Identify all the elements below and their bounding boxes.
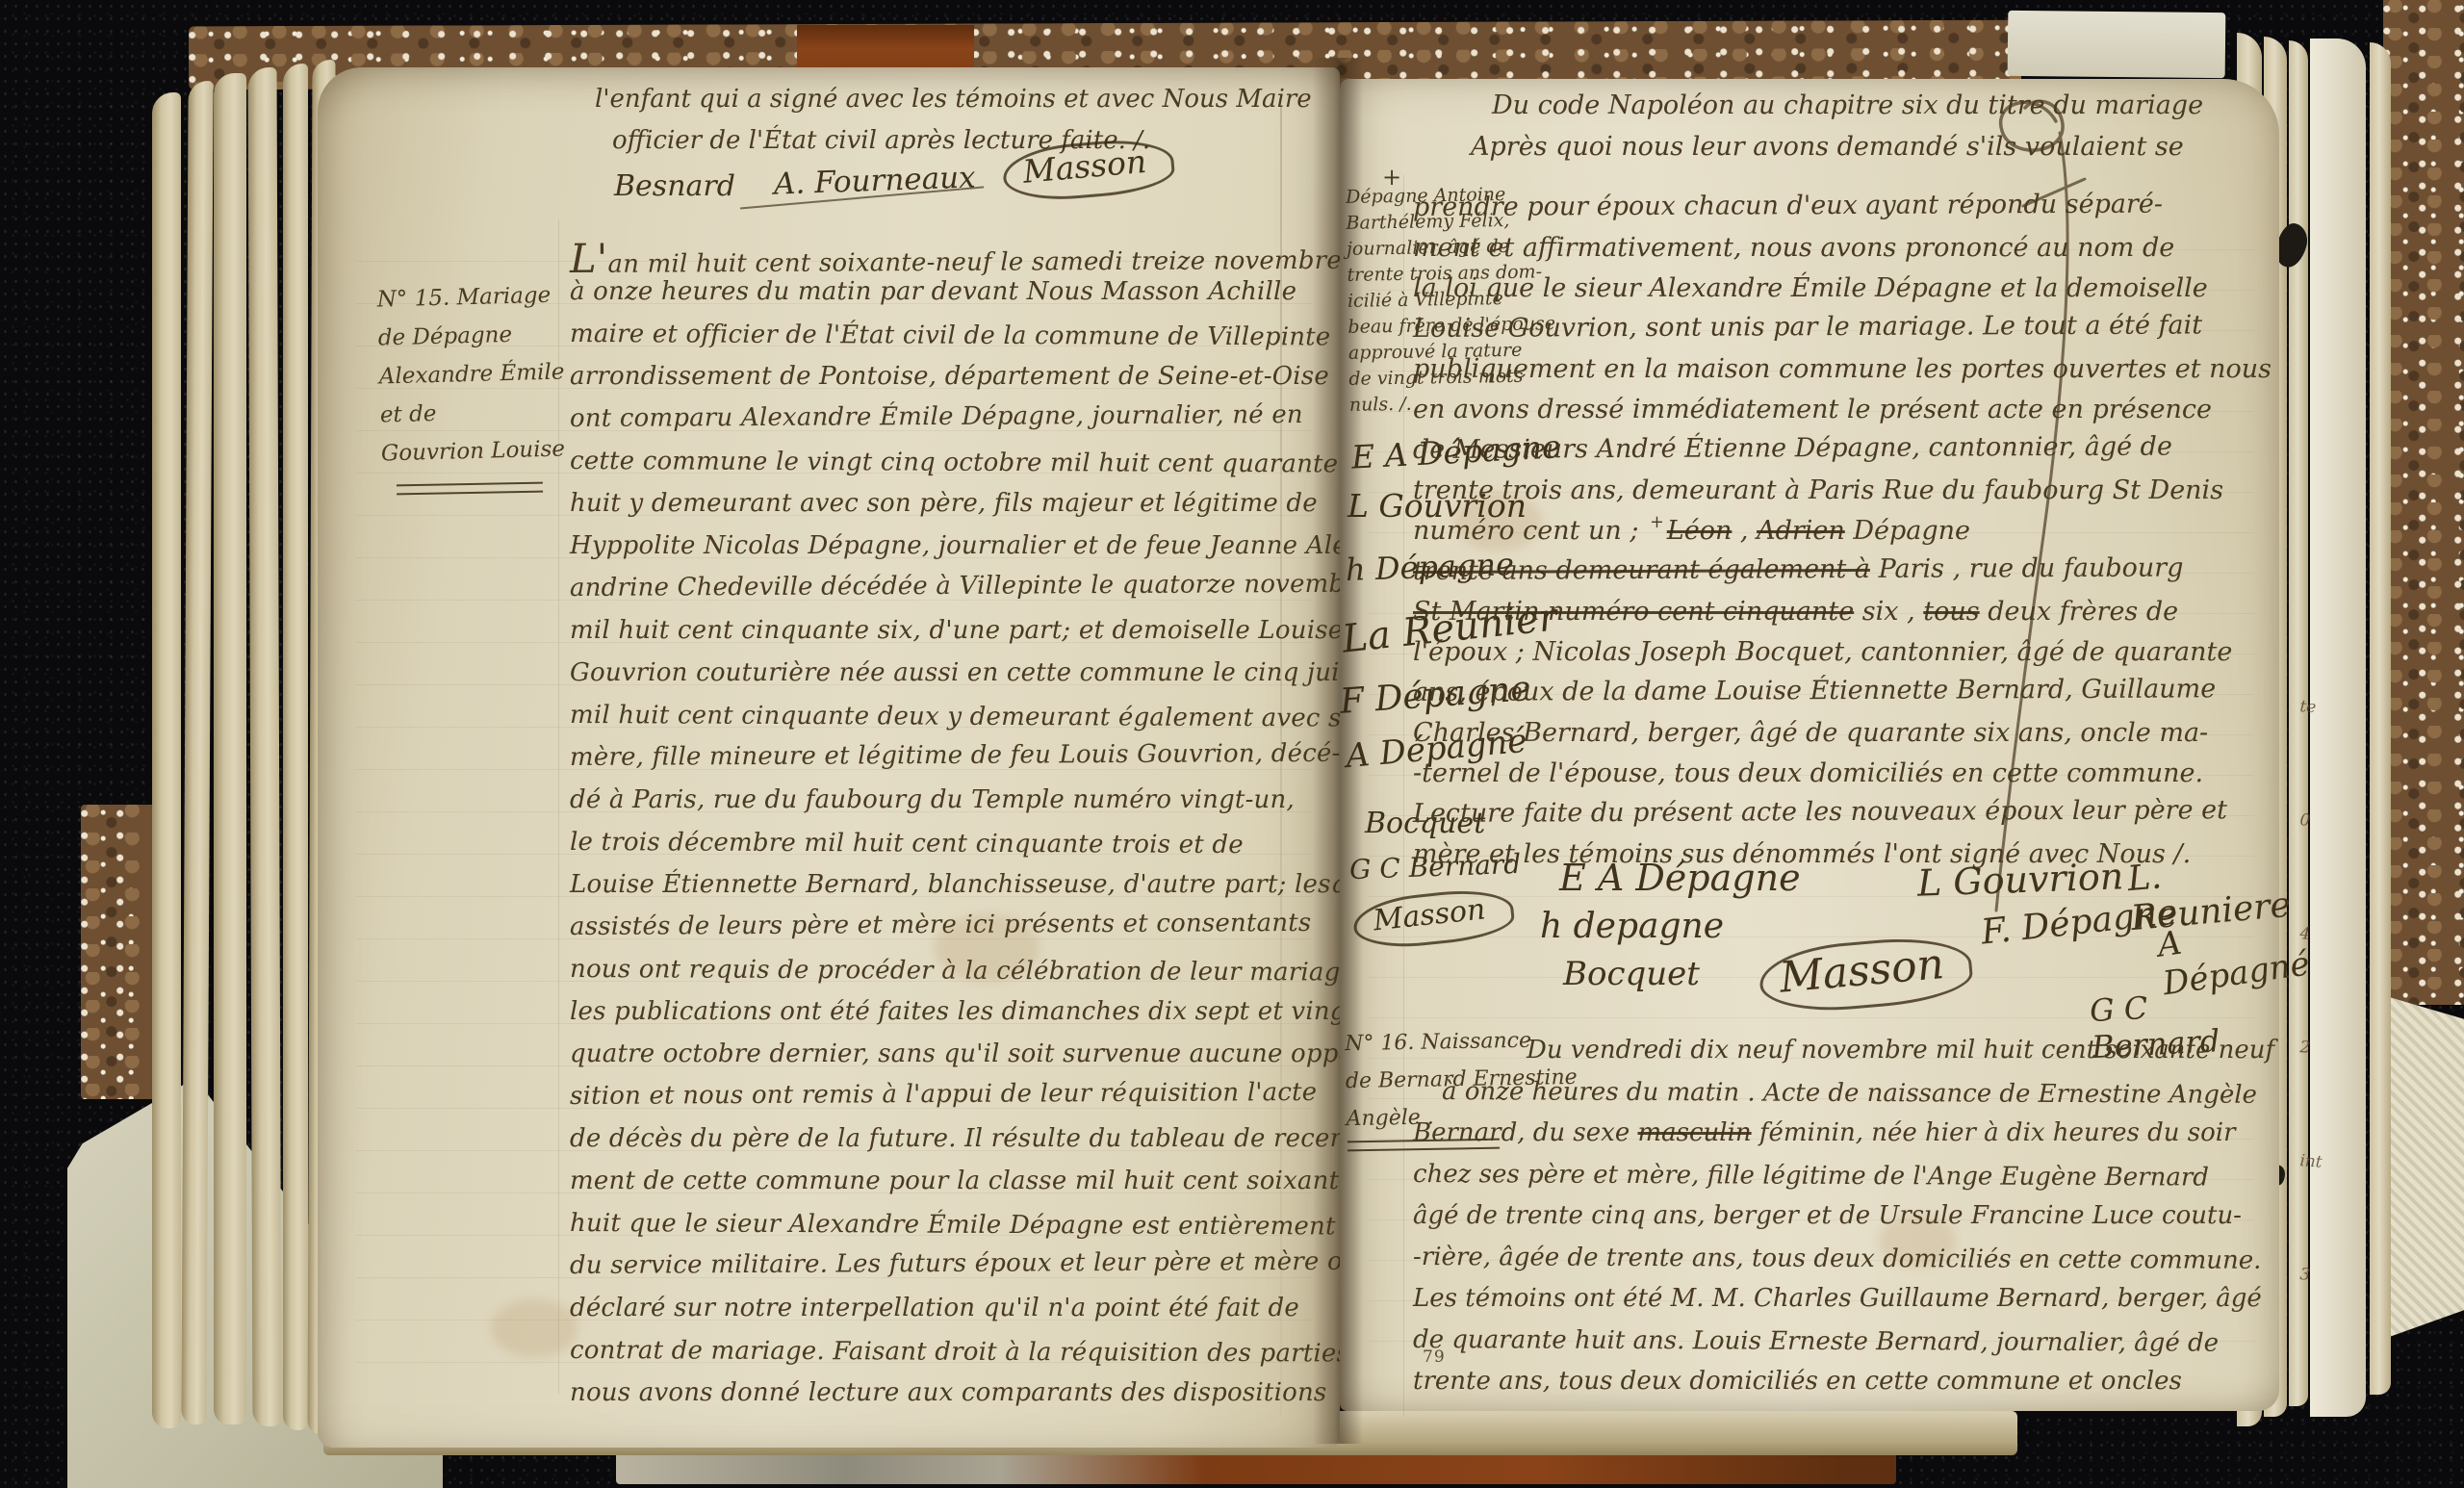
act-line: ont comparu Alexandre Émile Dépagne, jou… (570, 399, 1422, 447)
text-run: Bernard, du sexe (1413, 1118, 1637, 1147)
act-line: nous ont requis de procéder à la célébra… (570, 955, 1422, 1001)
edge-mark: 2 (2293, 1038, 2339, 1154)
text-run: Paris , rue du faubourg (1870, 553, 2184, 584)
act-line: trente ans, tous deux domiciliés en cett… (1413, 1367, 2274, 1408)
act-line: le trois décembre mil huit cent cinquant… (570, 828, 1422, 874)
birth-act-body: Du vendredi dix neuf novembre mil huit c… (1413, 1036, 2274, 1408)
margin-signature-masson: Masson (1351, 885, 1516, 952)
text-run: numéro cent un ; (1413, 516, 1647, 546)
text-run: Dépagne (1845, 516, 1970, 546)
act-line: andrine Chedeville décédée à Villepinte … (570, 569, 1422, 616)
act-line: ment et affirmativement, nous avons pron… (1413, 233, 2271, 273)
signature-fourneaux: A. Fourneaux (773, 160, 976, 201)
act-line: St Martin numéro cent cinquante six , to… (1413, 597, 2271, 637)
struck-text: masculin (1637, 1118, 1751, 1147)
signature-bocquet: Bocquet (1563, 955, 1700, 993)
act-line: mil huit cent cinquante six, d'une part;… (570, 616, 1422, 658)
vellum-cover-top-right (2008, 11, 2226, 78)
page-edge (214, 73, 246, 1424)
act-line: publiquement en la maison commune les po… (1413, 354, 2271, 395)
book-gutter (1313, 58, 1363, 1444)
act-line: à onze heures du matin . Acte de naissan… (1413, 1077, 2274, 1122)
act-line: l'époux ; Nicolas Joseph Bocquet, canton… (1413, 637, 2271, 678)
act-line: prendre pour époux chacun d'eux ayant ré… (1413, 189, 2271, 233)
page-edge (152, 92, 181, 1428)
act-line: mère, fille mineure et légitime de feu L… (570, 738, 1422, 785)
act-line: Bernard, du sexe masculin féminin, née h… (1413, 1118, 2274, 1160)
act-line: la loi que le sieur Alexandre Émile Dépa… (1413, 273, 2271, 314)
act-line: cette commune le vingt cinq octobre mil … (570, 447, 1422, 493)
margin-line: N° 15. Mariage (376, 283, 563, 326)
act-line: dé à Paris, rue du faubourg du Temple nu… (570, 785, 1422, 828)
act-line: déclaré sur notre interpellation qu'il n… (570, 1294, 1422, 1336)
struck-text: tous (1923, 597, 1979, 627)
edge-mark: 3 (2293, 1265, 2339, 1381)
right-page: Du code Napoléon au chapitre six du titr… (1340, 79, 2279, 1411)
act-line: Lecture faite du présent acte les nouvea… (1413, 795, 2271, 839)
act-line: Louise Étiennette Bernard, blanchisseuse… (570, 870, 1422, 912)
act-line: trente ans demeurant également à Paris ,… (1413, 552, 2271, 597)
page-edge (283, 64, 308, 1430)
margin-line: Gouvrion Louise (381, 436, 568, 479)
margin-note-act-15: N° 15. Mariagede DépagneAlexandre Émilee… (376, 283, 567, 480)
signature-besnard: Besnard (614, 169, 735, 203)
margin-line: Alexandre Émile (379, 359, 566, 402)
act-line: L'an mil huit cent soixante-neuf le same… (570, 230, 1422, 277)
register-photo: te042int3 l'enfant qui a signé avec les … (0, 0, 2464, 1488)
margin-double-rule (397, 482, 543, 496)
act-line: les publications ont été faites les dima… (570, 997, 1422, 1039)
act-line: Gouvrion couturière née aussi en cette c… (570, 658, 1422, 701)
act-line: -rière, âgée de trente ans, tous deux do… (1413, 1243, 2274, 1288)
marriage-act-body: L'an mil huit cent soixante-neuf le same… (570, 235, 1422, 1421)
act-line: Les témoins ont été M. M. Charles Guilla… (1413, 1284, 2274, 1325)
act-line: de Messieurs André Étienne Dépagne, cant… (1413, 431, 2271, 475)
struck-text: Léon (1667, 516, 1732, 546)
act-line: Louise Gouvrion, sont unis par le mariag… (1413, 310, 2271, 354)
act-continuation-top: Du code Napoléon au chapitre six du titr… (1471, 90, 2203, 173)
act-line: ans, époux de la dame Louise Étiennette … (1413, 674, 2271, 718)
folio-number: 79 (1423, 1347, 1446, 1367)
struck-text: Adrien (1757, 516, 1845, 546)
page-edge (248, 67, 282, 1426)
previous-act-closing: l'enfant qui a signé avec les témoins et… (595, 85, 1312, 167)
act-line: numéro cent un ; +Léon , Adrien Dépagne (1413, 516, 2271, 556)
act-line: quatre octobre dernier, sans qu'il soit … (570, 1039, 1422, 1082)
act-line: sition et nous ont remis à l'appui de le… (570, 1077, 1422, 1124)
edge-mark: te (2293, 697, 2339, 813)
act-line: huit y demeurant avec son père, fils maj… (570, 489, 1422, 531)
act-line: Après quoi nous leur avons demandé s'ils… (1471, 132, 2203, 173)
marriage-act-continuation: prendre pour époux chacun d'eux ayant ré… (1413, 192, 2271, 880)
signature-h-depagne: h depagne (1540, 907, 1724, 946)
struck-text: trente ans demeurant également à (1413, 554, 1870, 586)
act-line: -ternel de l'épouse, tous deux domicilié… (1413, 758, 2271, 799)
margin-line: et de (380, 398, 567, 441)
left-page: l'enfant qui a signé avec les témoins et… (318, 67, 1340, 1448)
page-edge (2370, 42, 2391, 1395)
act-line: trente trois ans, demeurant à Paris Rue … (1413, 475, 2271, 516)
margin-line: de Dépagne (377, 321, 564, 364)
closing-line: l'enfant qui a signé avec les témoins et… (595, 85, 1312, 126)
text-run: six , (1854, 597, 1923, 627)
act-line: Du code Napoléon au chapitre six du titr… (1471, 90, 2203, 132)
text-run: féminin, née hier à dix heures du soir (1752, 1118, 2236, 1147)
act-line: contrat de mariage. Faisant droit à la r… (570, 1336, 1422, 1382)
act-line: assistés de leurs père et mère ici prése… (570, 908, 1422, 955)
edge-mark: int (2293, 1151, 2339, 1268)
text-run: , (1732, 516, 1757, 546)
act-line: de quarante huit ans. Louis Erneste Bern… (1413, 1325, 2274, 1371)
signature-l-gouvrion: L Gouvrion (1916, 855, 2124, 904)
act-line: en avons dressé immédiatement le présent… (1413, 395, 2271, 435)
act-line: nous avons donné lecture aux comparants … (570, 1378, 1422, 1421)
act-line: chez ses père et mère, fille légitime de… (1413, 1160, 2274, 1205)
act-line: arrondissement de Pontoise, département … (570, 362, 1422, 404)
act-line: de décès du père de la future. Il résult… (570, 1124, 1422, 1167)
act-line: ment de cette commune pour la classe mil… (570, 1167, 1422, 1209)
act-line: maire et officier de l'État civil de la … (570, 320, 1422, 366)
signature-ea-depagne: E A Dépagne (1559, 857, 1801, 899)
act-line: Hyppolite Nicolas Dépagne, journalier et… (570, 531, 1422, 574)
act-line: Charles Bernard, berger, âgé de quarante… (1413, 718, 2271, 758)
signature-masson: Masson (1757, 932, 1974, 1016)
age-spot (491, 1299, 577, 1357)
act-line: à onze heures du matin par devant Nous M… (570, 277, 1422, 320)
edge-marks: te042int3 (2297, 697, 2335, 1378)
struck-text: St Martin numéro cent cinquante (1413, 597, 1854, 627)
insertion-caret: + (1650, 513, 1664, 532)
act-line: du service militaire. Les futurs époux e… (570, 1246, 1422, 1294)
text-run: deux frères de (1980, 597, 2179, 627)
act-line: âgé de trente cinq ans, berger et de Urs… (1413, 1201, 2274, 1243)
act-line: Du vendredi dix neuf novembre mil huit c… (1413, 1036, 2274, 1077)
